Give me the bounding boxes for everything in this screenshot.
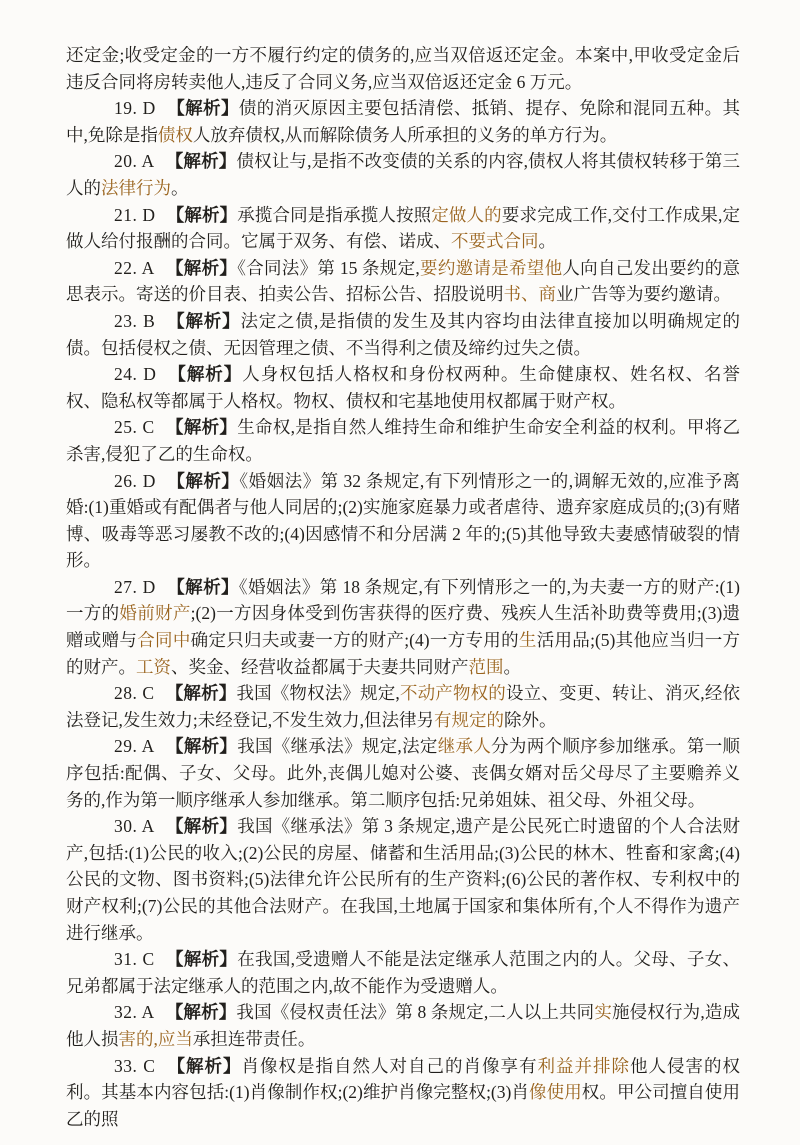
body-text: 确定只归夫或妻一方的财产;(4)一方专用的: [191, 630, 519, 650]
answer-number: 23. B: [114, 311, 166, 331]
analysis-label: 【解析】: [167, 205, 238, 225]
answer-number: 21. D: [114, 205, 167, 225]
answer-number: 22. A: [114, 258, 166, 278]
explanation-paragraph: 30. A【解析】我国《继承法》第 3 条规定,遗产是公民死亡时遗留的个人合法财…: [66, 813, 740, 946]
answer-number: 19. D: [114, 98, 167, 118]
analysis-label: 【解析】: [167, 471, 240, 491]
highlighted-text: 害的,应当: [119, 1029, 193, 1049]
body-text: 承担连带责任。: [193, 1029, 316, 1049]
highlighted-text: 生: [519, 630, 537, 650]
continuation-paragraph: 还定金;收受定金的一方不履行约定的债务的,应当双倍返还定金。本案中,甲收受定金后…: [66, 42, 740, 95]
answer-number: 25. C: [114, 417, 166, 437]
body-text: 、奖金、经营收益都属于夫妻共同财产: [171, 657, 469, 677]
analysis-label: 【解析】: [166, 683, 237, 703]
explanation-paragraph: 32. A【解析】我国《侵权责任法》第 8 条规定,二人以上共同实施侵权行为,造…: [66, 999, 740, 1052]
answer-number: 20. A: [114, 151, 166, 171]
body-text: 我国《侵权责任法》第 8 条规定,二人以上共同: [236, 1002, 594, 1022]
highlighted-text: 债权: [158, 125, 193, 145]
highlighted-text: 婚前财产: [119, 603, 190, 623]
answer-number: 30. A: [114, 816, 166, 836]
explanation-paragraph: 24. D【解析】人身权包括人格权和身份权两种。生命健康权、姓名权、名誉权、隐私…: [66, 361, 740, 414]
analysis-label: 【解析】: [166, 816, 237, 836]
explanation-paragraph: 20. A【解析】债权让与,是指不改变债的关系的内容,债权人将其债权转移于第三人…: [66, 148, 740, 201]
analysis-label: 【解析】: [166, 417, 238, 437]
highlighted-text: 有规定的: [434, 710, 504, 730]
explanation-paragraph: 31. C【解析】在我国,受遗赠人不能是法定继承人范围之内的人。父母、子女、兄弟…: [66, 946, 740, 999]
explanation-paragraph: 23. B【解析】法定之债,是指债的发生及其内容均由法律直接加以明确规定的债。包…: [66, 308, 740, 361]
body-text: 业广告等为要约邀请。: [556, 284, 731, 304]
explanation-paragraph: 21. D【解析】承揽合同是指承揽人按照定做人的要求完成工作,交付工作成果,定做…: [66, 202, 740, 255]
analysis-label: 【解析】: [166, 949, 238, 969]
analysis-label: 【解析】: [166, 258, 237, 278]
explanation-paragraph: 28. C【解析】我国《物权法》规定,不动产物权的设立、变更、转让、消灭,经依法…: [66, 680, 740, 733]
answer-number: 33. C: [114, 1056, 166, 1076]
explanation-paragraph: 26. D【解析】《婚姻法》第 32 条规定,有下列情形之一的,调解无效的,应准…: [66, 468, 740, 574]
answer-number: 24. D: [114, 364, 167, 384]
explanation-paragraph: 25. C【解析】生命权,是指自然人维持生命和维护生命安全利益的权利。甲将乙杀害…: [66, 414, 740, 467]
body-text: 承揽合同是指承揽人按照: [237, 205, 431, 225]
body-text: 我国《物权法》规定,: [236, 683, 399, 703]
answer-number: 29. A: [114, 736, 166, 756]
answer-number: 32. A: [114, 1002, 166, 1022]
analysis-label: 【解析】: [167, 364, 242, 384]
scanned-page: 还定金;收受定金的一方不履行约定的债务的,应当双倍返还定金。本案中,甲收受定金后…: [0, 0, 800, 1145]
body-text: 我国《继承法》规定,法定: [237, 736, 437, 756]
analysis-label: 【解析】: [166, 311, 240, 331]
highlighted-text: 要约邀请是希望他: [420, 258, 563, 278]
analysis-label: 【解析】: [167, 577, 239, 597]
analysis-label: 【解析】: [166, 736, 238, 756]
highlighted-text: 利益并排除: [537, 1056, 630, 1076]
highlighted-text: 法律行为: [101, 178, 171, 198]
highlighted-text: 书、商: [504, 284, 557, 304]
explanation-paragraph: 29. A【解析】我国《继承法》规定,法定继承人分为两个顺序参加继承。第一顺序包…: [66, 733, 740, 813]
body-text: 还定金;收受定金的一方不履行约定的债务的,应当双倍返还定金。本案中,甲收受定金后…: [66, 45, 740, 92]
analysis-label: 【解析】: [167, 98, 239, 118]
explanation-paragraph: 33. C【解析】肖像权是指自然人对自己的肖像享有利益并排除他人侵害的权利。其基…: [66, 1053, 740, 1133]
highlighted-text: 合同中: [137, 630, 190, 650]
body-text: 肖像权是指自然人对自己的肖像享有: [241, 1056, 537, 1076]
body-text: 。: [504, 657, 522, 677]
highlighted-text: 不要式合同: [451, 231, 539, 251]
answer-number: 28. C: [114, 683, 166, 703]
body-text: 除外。: [504, 710, 557, 730]
answer-number: 26. D: [114, 471, 167, 491]
answer-number: 31. C: [114, 949, 166, 969]
highlighted-text: 继承人: [438, 736, 491, 756]
highlighted-text: 实: [594, 1002, 612, 1022]
highlighted-text: 像使用: [529, 1082, 582, 1102]
explanation-paragraph: 19. D【解析】债的消灭原因主要包括清偿、抵销、提存、免除和混同五种。其中,免…: [66, 95, 740, 148]
analysis-label: 【解析】: [166, 1002, 237, 1022]
answer-number: 27. D: [114, 577, 167, 597]
highlighted-text: 不动产物权的: [400, 683, 506, 703]
body-text: 人放弃债权,从而解除债务人所承担的义务的单方行为。: [193, 125, 617, 145]
analysis-label: 【解析】: [166, 151, 237, 171]
body-text: 。: [171, 178, 189, 198]
body-text: 《合同法》第 15 条规定,: [237, 258, 420, 278]
highlighted-text: 工资: [136, 657, 171, 677]
highlighted-text: 定做人的: [431, 205, 502, 225]
explanation-paragraph: 27. D【解析】《婚姻法》第 18 条规定,有下列情形之一的,为夫妻一方的财产…: [66, 574, 740, 680]
highlighted-text: 范围: [469, 657, 504, 677]
analysis-label: 【解析】: [166, 1056, 241, 1076]
explanation-paragraph: 22. A【解析】《合同法》第 15 条规定,要约邀请是希望他人向自己发出要约的…: [66, 255, 740, 308]
body-text: 。: [539, 231, 557, 251]
answer-explanations: 还定金;收受定金的一方不履行约定的债务的,应当双倍返还定金。本案中,甲收受定金后…: [66, 42, 740, 1132]
